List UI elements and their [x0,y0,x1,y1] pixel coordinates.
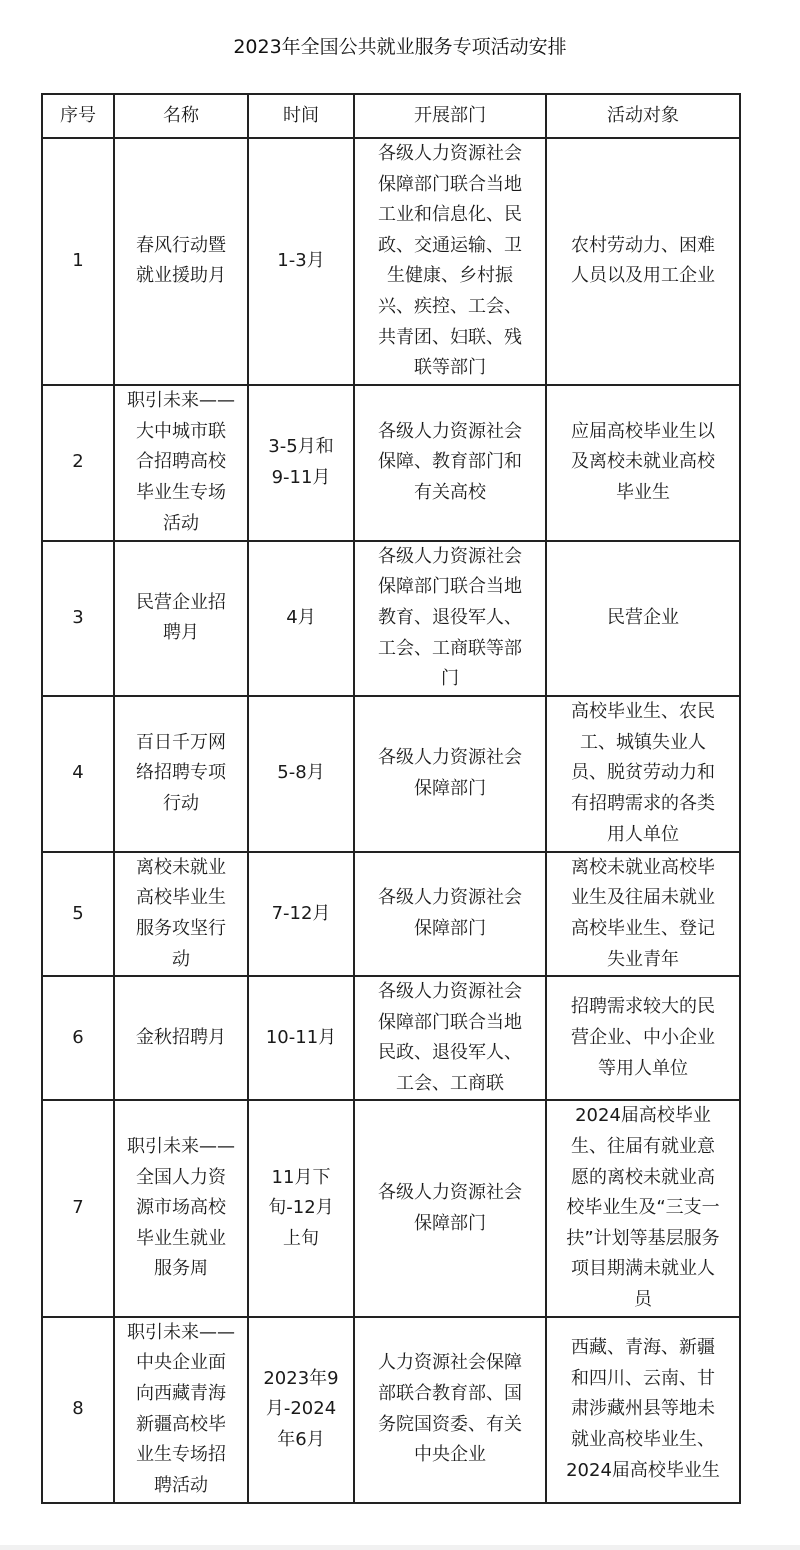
cell-dept: 各级人力资源社会保障部门 [354,852,546,976]
cell-line: 各级人力资源社会 [355,1178,545,1209]
cell-line: 业生专场招 [115,1440,247,1471]
cell-line: 金秋招聘月 [115,1023,247,1054]
cell-line: 各级人力资源社会 [355,417,545,448]
cell-line: 员、脱贫劳动力和 [547,758,739,789]
cell-line: 部联合教育部、国 [355,1379,545,1410]
cell-line: 联等部门 [355,353,545,384]
cell-line: 9-11月 [249,463,353,494]
cell-line: 愿的离校未就业高 [547,1163,739,1194]
cell-line: 就业援助月 [115,261,247,292]
header-no: 序号 [42,94,114,138]
header-time: 时间 [248,94,354,138]
cell-line: 工业和信息化、民 [355,200,545,231]
cell-line: 和四川、云南、甘 [547,1364,739,1395]
cell-line: 向西藏青海 [115,1379,247,1410]
cell-line: 有招聘需求的各类 [547,789,739,820]
cell-line: 兴、疾控、工会、 [355,292,545,323]
cell-line: 合招聘高校 [115,447,247,478]
cell-line: 有关高校 [355,478,545,509]
cell-time: 2023年9月-2024年6月 [248,1317,354,1503]
cell-time: 5-8月 [248,696,354,852]
cell-line: 生健康、乡村振 [355,261,545,292]
cell-target: 农村劳动力、困难人员以及用工企业 [546,138,740,385]
cell-line: 5-8月 [249,758,353,789]
cell-line: 教育、退役军人、 [355,603,545,634]
table-header-row: 序号 名称 时间 开展部门 活动对象 [42,94,740,138]
cell-line: 保障部门 [355,774,545,805]
cell-dept: 各级人力资源社会保障部门联合当地民政、退役军人、工会、工商联 [354,976,546,1100]
cell-line: 共青团、妇联、残 [355,323,545,354]
cell-line: 高校毕业生、农民 [547,697,739,728]
cell-time: 1-3月 [248,138,354,385]
cell-line: 职引未来—— [115,1132,247,1163]
cell-name: 离校未就业高校毕业生服务攻坚行动 [114,852,248,976]
cell-line: 校毕业生及“三支一 [547,1193,739,1224]
cell-line: 保障部门联合当地 [355,1008,545,1039]
cell-line: 工、城镇失业人 [547,728,739,759]
table-row: 2职引未来——大中城市联合招聘高校毕业生专场活动3-5月和9-11月各级人力资源… [42,385,740,541]
cell-line: 2024届高校毕业 [547,1101,739,1132]
cell-line: 人员以及用工企业 [547,261,739,292]
cell-line: 2024届高校毕业生 [547,1456,739,1487]
cell-name: 职引未来——大中城市联合招聘高校毕业生专场活动 [114,385,248,541]
cell-line: 务院国资委、有关 [355,1410,545,1441]
cell-line: 中央企业 [355,1440,545,1471]
cell-time: 7-12月 [248,852,354,976]
cell-line: 员 [547,1285,739,1316]
activity-schedule-table: 序号 名称 时间 开展部门 活动对象 1春风行动暨就业援助月1-3月各级人力资源… [41,93,741,1504]
cell-line: 民营企业 [547,603,739,634]
cell-line: 动 [115,945,247,976]
cell-line: 源市场高校 [115,1193,247,1224]
cell-dept: 各级人力资源社会保障部门 [354,1100,546,1316]
cell-line: 招聘需求较大的民 [547,992,739,1023]
cell-line: 毕业生就业 [115,1224,247,1255]
cell-line: 保障部门 [355,914,545,945]
cell-time: 10-11月 [248,976,354,1100]
cell-no: 4 [42,696,114,852]
cell-line: 应届高校毕业生以 [547,417,739,448]
cell-line: 行动 [115,789,247,820]
cell-line: 中央企业面 [115,1348,247,1379]
cell-line: 各级人力资源社会 [355,542,545,573]
cell-line: 活动 [115,509,247,540]
cell-line: 保障部门联合当地 [355,572,545,603]
cell-line: 1-3月 [249,246,353,277]
cell-line: 保障部门 [355,1209,545,1240]
cell-line: 高校毕业生、登记 [547,914,739,945]
cell-line: 失业青年 [547,945,739,976]
cell-line: 3-5月和 [249,432,353,463]
table-row: 3民营企业招聘月4月各级人力资源社会保障部门联合当地教育、退役军人、工会、工商联… [42,541,740,696]
cell-line: 民政、退役军人、 [355,1038,545,1069]
cell-line: 生、往届有就业意 [547,1132,739,1163]
cell-line: 全国人力资 [115,1163,247,1194]
cell-line: 工会、工商联 [355,1069,545,1100]
cell-line: 各级人力资源社会 [355,139,545,170]
cell-no: 7 [42,1100,114,1316]
cell-line: 门 [355,664,545,695]
cell-line: 民营企业招 [115,588,247,619]
cell-line: 用人单位 [547,820,739,851]
cell-line: 服务攻坚行 [115,914,247,945]
cell-line: 各级人力资源社会 [355,977,545,1008]
cell-no: 2 [42,385,114,541]
cell-line: 职引未来—— [115,386,247,417]
cell-line: 高校毕业生 [115,883,247,914]
cell-line: 月-2024 [249,1394,353,1425]
cell-line: 4月 [249,603,353,634]
cell-dept: 人力资源社会保障部联合教育部、国务院国资委、有关中央企业 [354,1317,546,1503]
header-target: 活动对象 [546,94,740,138]
cell-line: 项目期满未就业人 [547,1254,739,1285]
cell-line: 各级人力资源社会 [355,883,545,914]
cell-line: 上旬 [249,1224,353,1255]
cell-line: 聘月 [115,618,247,649]
cell-target: 民营企业 [546,541,740,696]
table-row: 8职引未来——中央企业面向西藏青海新疆高校毕业生专场招聘活动2023年9月-20… [42,1317,740,1503]
cell-name: 金秋招聘月 [114,976,248,1100]
cell-line: 毕业生 [547,478,739,509]
cell-line: 保障部门联合当地 [355,170,545,201]
cell-dept: 各级人力资源社会保障、教育部门和有关高校 [354,385,546,541]
cell-line: 2023年9 [249,1364,353,1395]
cell-line: 保障、教育部门和 [355,447,545,478]
cell-line: 春风行动暨 [115,231,247,262]
document-title: 2023年全国公共就业服务专项活动安排 [0,33,800,61]
page-bottom-strip [0,1545,800,1550]
cell-line: 离校未就业 [115,853,247,884]
table-row: 1春风行动暨就业援助月1-3月各级人力资源社会保障部门联合当地工业和信息化、民政… [42,138,740,385]
table-row: 6金秋招聘月10-11月各级人力资源社会保障部门联合当地民政、退役军人、工会、工… [42,976,740,1100]
cell-line: 离校未就业高校毕 [547,853,739,884]
cell-line: 就业高校毕业生、 [547,1425,739,1456]
cell-line: 旬-12月 [249,1193,353,1224]
cell-name: 百日千万网络招聘专项行动 [114,696,248,852]
cell-name: 民营企业招聘月 [114,541,248,696]
cell-line: 聘活动 [115,1471,247,1502]
cell-time: 3-5月和9-11月 [248,385,354,541]
cell-target: 西藏、青海、新疆和四川、云南、甘肃涉藏州县等地未就业高校毕业生、2024届高校毕… [546,1317,740,1503]
cell-time: 4月 [248,541,354,696]
cell-name: 职引未来——全国人力资源市场高校毕业生就业服务周 [114,1100,248,1316]
cell-line: 7-12月 [249,899,353,930]
cell-line: 农村劳动力、困难 [547,231,739,262]
cell-no: 8 [42,1317,114,1503]
cell-line: 西藏、青海、新疆 [547,1333,739,1364]
cell-no: 3 [42,541,114,696]
cell-line: 人力资源社会保障 [355,1348,545,1379]
cell-dept: 各级人力资源社会保障部门 [354,696,546,852]
cell-line: 10-11月 [249,1023,353,1054]
cell-line: 等用人单位 [547,1054,739,1085]
cell-line: 业生及往届未就业 [547,883,739,914]
cell-line: 11月下 [249,1163,353,1194]
cell-name: 春风行动暨就业援助月 [114,138,248,385]
cell-target: 离校未就业高校毕业生及往届未就业高校毕业生、登记失业青年 [546,852,740,976]
cell-line: 工会、工商联等部 [355,634,545,665]
cell-line: 服务周 [115,1254,247,1285]
cell-line: 大中城市联 [115,417,247,448]
cell-line: 年6月 [249,1425,353,1456]
cell-dept: 各级人力资源社会保障部门联合当地工业和信息化、民政、交通运输、卫生健康、乡村振兴… [354,138,546,385]
cell-no: 5 [42,852,114,976]
cell-line: 扶”计划等基层服务 [547,1224,739,1255]
cell-target: 2024届高校毕业生、往届有就业意愿的离校未就业高校毕业生及“三支一扶”计划等基… [546,1100,740,1316]
table-row: 5离校未就业高校毕业生服务攻坚行动7-12月各级人力资源社会保障部门离校未就业高… [42,852,740,976]
cell-line: 及离校未就业高校 [547,447,739,478]
table-row: 4百日千万网络招聘专项行动5-8月各级人力资源社会保障部门高校毕业生、农民工、城… [42,696,740,852]
cell-line: 毕业生专场 [115,478,247,509]
cell-line: 新疆高校毕 [115,1410,247,1441]
cell-target: 招聘需求较大的民营企业、中小企业等用人单位 [546,976,740,1100]
cell-line: 政、交通运输、卫 [355,231,545,262]
cell-name: 职引未来——中央企业面向西藏青海新疆高校毕业生专场招聘活动 [114,1317,248,1503]
cell-no: 6 [42,976,114,1100]
table-body: 1春风行动暨就业援助月1-3月各级人力资源社会保障部门联合当地工业和信息化、民政… [42,138,740,1503]
cell-dept: 各级人力资源社会保障部门联合当地教育、退役军人、工会、工商联等部门 [354,541,546,696]
cell-line: 各级人力资源社会 [355,743,545,774]
cell-target: 应届高校毕业生以及离校未就业高校毕业生 [546,385,740,541]
cell-line: 肃涉藏州县等地未 [547,1394,739,1425]
cell-target: 高校毕业生、农民工、城镇失业人员、脱贫劳动力和有招聘需求的各类用人单位 [546,696,740,852]
cell-no: 1 [42,138,114,385]
cell-line: 络招聘专项 [115,758,247,789]
cell-time: 11月下旬-12月上旬 [248,1100,354,1316]
cell-line: 百日千万网 [115,728,247,759]
header-dept: 开展部门 [354,94,546,138]
table-row: 7职引未来——全国人力资源市场高校毕业生就业服务周11月下旬-12月上旬各级人力… [42,1100,740,1316]
cell-line: 营企业、中小企业 [547,1023,739,1054]
header-name: 名称 [114,94,248,138]
cell-line: 职引未来—— [115,1318,247,1349]
